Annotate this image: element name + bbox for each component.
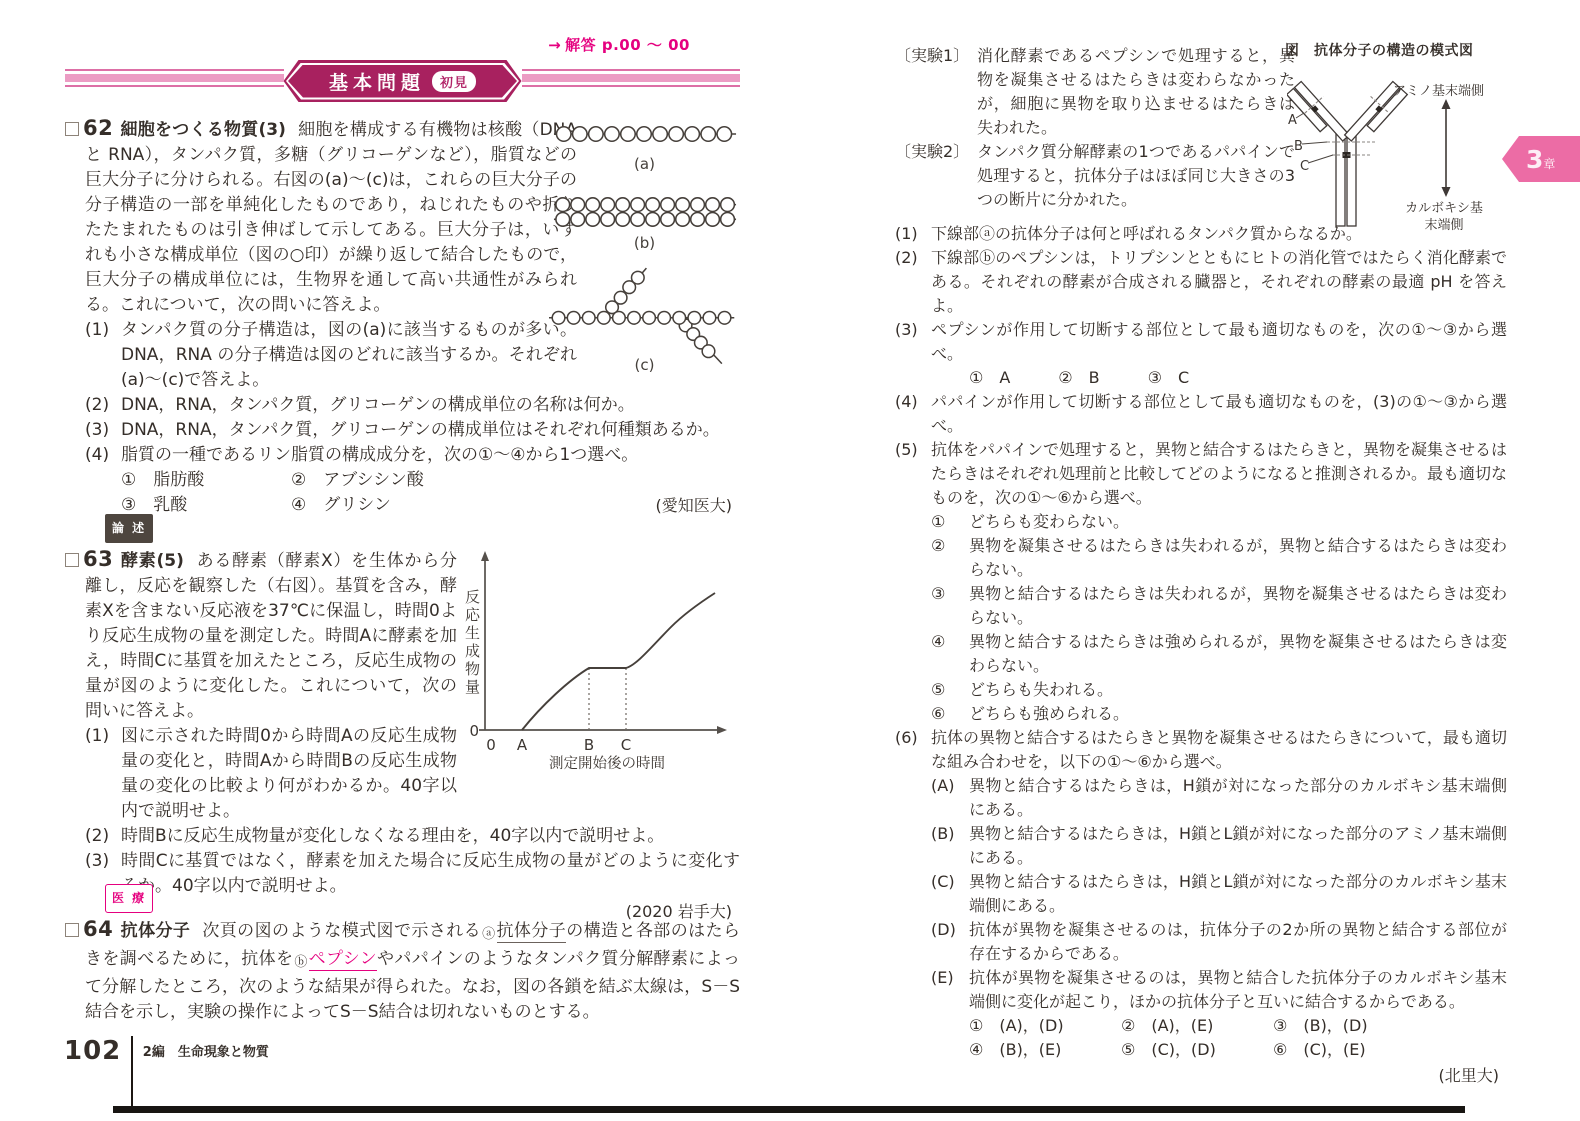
left-page: →解答 p.00 ～ 00 基本問題 初見 <box>0 0 790 1121</box>
p62-checkbox[interactable] <box>65 122 79 136</box>
problem-64: 医 療 64抗体分子次頁の図のような模式図で示されるⓐ抗体分子の構造と各部のはた… <box>65 884 740 1025</box>
p63-checkbox[interactable] <box>65 553 79 567</box>
q6-combos-row1: ① (A)，(D) ② (A)，(E) ③ (B)，(D) <box>895 1014 1507 1038</box>
graph-y-zero: 0 <box>469 722 479 740</box>
problem-62: (a) (b) <box>65 116 740 518</box>
double-arrow-icon <box>1437 98 1455 198</box>
left-footer: 102 2編 生命現象と物質 <box>64 1036 269 1110</box>
p62-intro-text: 細胞を構成する有機物は核酸（DNA と RNA），タンパク質，多糖（グリコーゲン… <box>85 120 577 315</box>
right-page: 〔実験1〕 消化酵素であるペプシンで処理すると，異物を凝集させるはたらきは変わら… <box>790 0 1580 1121</box>
answer-nav: →解答 p.00 ～ 00 <box>548 34 690 55</box>
left-footer-section: 2編 生命現象と物質 <box>143 1041 269 1060</box>
footer-divider-left <box>131 1036 133 1110</box>
chapter-tab[interactable]: 3 章 <box>1502 136 1580 182</box>
p62-options-row1: ① 脂肪酸 ② アブシシン酸 <box>65 468 740 493</box>
r-question-3-options: ① A ② B ③ C <box>895 366 1507 390</box>
p64-checkbox[interactable] <box>65 923 79 937</box>
p62-question-2: (2) DNA，RNA，タンパク質，グリコーゲンの構成単位の名称は何か。 <box>65 393 740 418</box>
p63-intro-text: ある酵素（酵素X）を生体から分離し，反応を観察した（右図）。基質を含み，酵素Xを… <box>85 551 457 721</box>
p62-question-4: (4) 脂質の一種であるリン脂質の構成成分を，次の①～④から1つ選べ。 <box>65 443 740 468</box>
p64-title: 抗体分子 <box>120 921 190 941</box>
cut-site-label-a: A <box>1288 113 1297 128</box>
q6-combo-6: ⑥ (C)，(E) <box>1273 1038 1425 1062</box>
q5-option-4: ④異物と結合するはたらきは強められるが，異物を凝集させるはたらきは変わらない。 <box>895 630 1507 678</box>
essay-tag: 論 述 <box>105 514 153 543</box>
underlined-antibody: 抗体分子 <box>497 921 567 943</box>
left-page-number: 102 <box>64 1036 121 1066</box>
p62-title: 細胞をつくる物質(3) <box>120 120 286 140</box>
q5-option-6: ⑥どちらも強められる。 <box>895 702 1507 726</box>
answer-nav-text: 解答 p.00 ～ 00 <box>565 36 690 54</box>
q5-option-2: ②異物を凝集させるはたらきは失われるが，異物と結合するはたらきは変わらない。 <box>895 534 1507 582</box>
antibody-figure: 図 抗体分子の構造の模式図 <box>1285 40 1513 62</box>
q6-combo-5: ⑤ (C)，(D) <box>1121 1038 1273 1062</box>
q5-option-5: ⑤どちらも失われる。 <box>895 678 1507 702</box>
p62-question-1: (1) タンパク質の分子構造は，図の(a)に該当するものが多い。DNA，RNA … <box>65 318 577 393</box>
underlined-pepsin: ペプシン <box>309 949 377 971</box>
textbook-spread: →解答 p.00 ～ 00 基本問題 初見 <box>0 0 1580 1121</box>
section-banner: 基本問題 初見 <box>65 60 740 102</box>
cut-site-label-c: C <box>1300 159 1309 174</box>
p62-number: 62 <box>83 116 113 140</box>
enzyme-graph: 反応生成物量 0 0 A B C 測定開始後の時間 <box>457 547 740 824</box>
experiments-block: 〔実験1〕 消化酵素であるペプシンで処理すると，異物を凝集させるはたらきは変わら… <box>895 44 1507 212</box>
amino-terminal-label: アミノ基末端側 <box>1393 80 1484 99</box>
medical-tag: 医 療 <box>105 884 153 913</box>
fig-label-a: (a) <box>549 156 740 172</box>
q6-combo-3: ③ (B)，(D) <box>1273 1014 1425 1038</box>
p63-question-1: (1) 図に示された時間0から時間Aの反応生成物量の変化と，時間Aから時間Bの反… <box>65 724 457 824</box>
q5-option-1: ①どちらも変わらない。 <box>895 510 1507 534</box>
page-bottom-rule <box>113 1106 1465 1113</box>
p64-number: 64 <box>83 917 113 941</box>
q6-combo-1: ① (A)，(D) <box>969 1014 1121 1038</box>
banner-stripe-left <box>65 69 284 93</box>
graph-tick-c: C <box>621 736 631 754</box>
p62-intro: 62細胞をつくる物質(3)細胞を構成する有機物は核酸（DNA と RNA），タン… <box>65 116 577 318</box>
r-question-5: (5) 抗体をパパインで処理すると，異物と結合するはたらきと，異物を凝集させるは… <box>895 438 1507 510</box>
banner-stripe-right <box>522 69 741 93</box>
p64-intro: 64抗体分子次頁の図のような模式図で示されるⓐ抗体分子の構造と各部のはたらきを調… <box>65 917 740 1025</box>
r-question-3: (3) ペプシンが作用して切断する部位として最も適切なものを，次の①～③から選べ… <box>895 318 1507 366</box>
cut-site-label-b: B <box>1294 139 1303 154</box>
monomer-chain-c-figure <box>549 261 740 365</box>
right-questions: (1) 下線部ⓐの抗体分子は何と呼ばれるタンパク質からなるか。 (2) 下線部ⓑ… <box>895 222 1507 1088</box>
q6-statement-e: (E)抗体が異物を凝集させるのは，異物と結合した抗体分子のカルボキシ基末端側に変… <box>895 966 1507 1014</box>
arrow-right-icon: → <box>548 36 561 54</box>
r-question-6: (6) 抗体の異物と結合するはたらきと異物を凝集させるはたらきについて，最も適切… <box>895 726 1507 774</box>
q5-option-3: ③異物と結合するはたらきは失われるが，異物を凝集させるはたらきは変わらない。 <box>895 582 1507 630</box>
antibody-figure-caption: 図 抗体分子の構造の模式図 <box>1285 40 1513 60</box>
q6-statement-a: (A)異物と結合するはたらきは，H鎖が対になった部分のカルボキシ基末端側にある。 <box>895 774 1507 822</box>
right-source: (北里大) <box>1439 1064 1508 1088</box>
fig-label-b: (b) <box>549 235 740 251</box>
q6-combo-2: ② (A)，(E) <box>1121 1014 1273 1038</box>
graph-tick-a: A <box>517 736 528 754</box>
enzyme-graph-svg: 0 0 A B C 測定開始後の時間 <box>457 547 740 772</box>
p63-title: 酵素(5) <box>120 551 184 571</box>
q6-combos-row2: ④ (B)，(E) ⑤ (C)，(D) ⑥ (C)，(E) <box>895 1038 1507 1062</box>
q6-combo-4: ④ (B)，(E) <box>969 1038 1121 1062</box>
p63-question-2: (2) 時間Bに反応生成物量が変化しなくなる理由を，40字以内で説明せよ。 <box>65 824 740 849</box>
r-question-1: (1) 下線部ⓐの抗体分子は何と呼ばれるタンパク質からなるか。 <box>895 222 1507 246</box>
graph-tick-b: B <box>584 736 594 754</box>
graph-y-axis-label: 反応生成物量 <box>459 589 484 697</box>
banner-badge: 初見 <box>432 71 476 92</box>
q6-statement-d: (D)抗体が異物を凝集させるのは，抗体分子の2か所の異物と結合する部位が存在する… <box>895 918 1507 966</box>
banner-title: 基本問題 <box>329 68 425 95</box>
p62-figures: (a) (b) <box>549 116 740 373</box>
p62-option-1: ① 脂肪酸 <box>121 468 291 493</box>
q6-statement-c: (C)異物と結合するはたらきは，H鎖とL鎖が対になった部分のカルボキシ基末端側に… <box>895 870 1507 918</box>
p62-question-3: (3) DNA，RNA，タンパク質，グリコーゲンの構成単位はそれぞれ何種類あるか… <box>65 418 740 443</box>
p63-number: 63 <box>83 547 113 571</box>
q6-statement-b: (B)異物と結合するはたらきは，H鎖とL鎖が対になった部分のアミノ基末端側にある… <box>895 822 1507 870</box>
r-question-4: (4) パパインが作用して切断する部位として最も適切なものを，(3)の①～③から… <box>895 390 1507 438</box>
graph-tick-0: 0 <box>486 736 496 754</box>
circled-a-mark: ⓐ <box>482 927 495 942</box>
monomer-chain-a-figure <box>552 121 738 148</box>
banner-center: 基本問題 初見 <box>284 60 522 102</box>
r-question-2: (2) 下線部ⓑのペプシンは，トリプシンとともにヒトの消化管ではたらく消化酵素で… <box>895 246 1507 318</box>
monomer-chain-b-figure <box>552 196 738 227</box>
p62-option-2: ② アブシシン酸 <box>291 468 424 493</box>
p63-intro: 63酵素(5)ある酵素（酵素X）を生体から分離し，反応を観察した（右図）。基質を… <box>65 547 457 724</box>
graph-x-axis-label: 測定開始後の時間 <box>549 755 665 772</box>
circled-b-mark: ⓑ <box>294 955 307 970</box>
problem-63: 論 述 63酵素(5)ある酵素（酵素X）を生体から分離し，反応を観察した（右図）… <box>65 514 740 924</box>
